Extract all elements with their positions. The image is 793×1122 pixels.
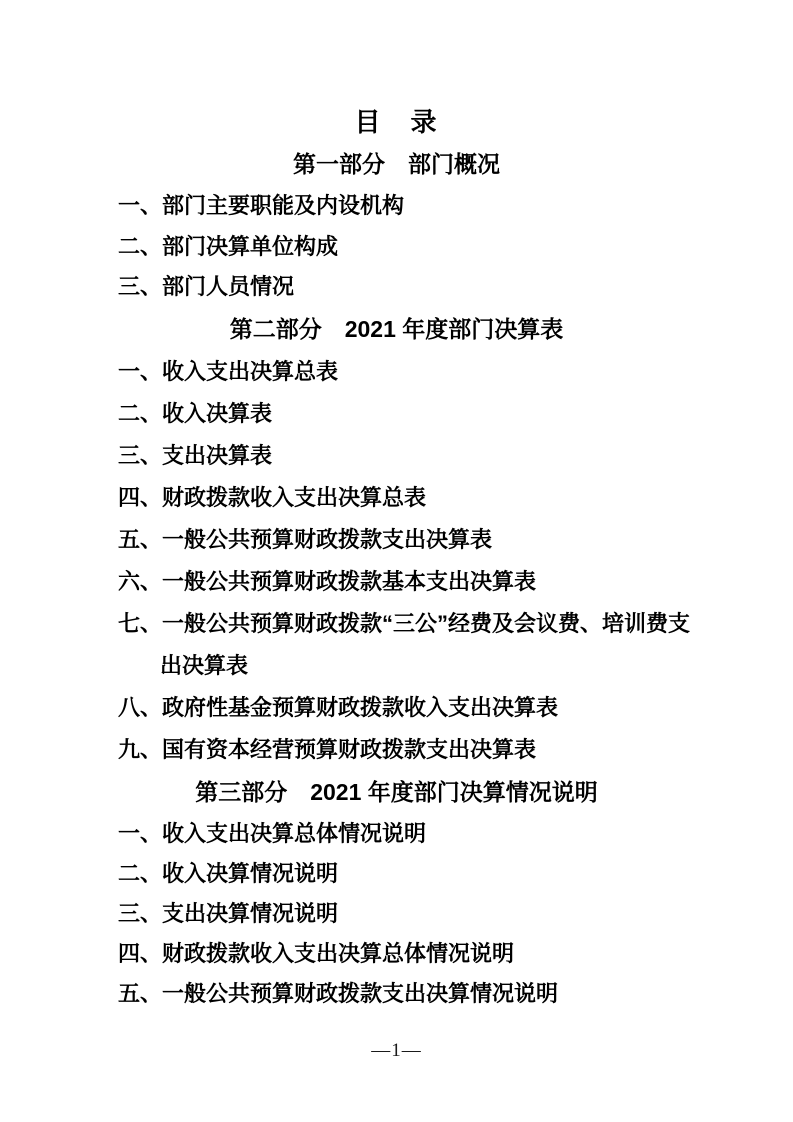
toc-item: 六、一般公共预算财政拨款基本支出决算表 — [0, 561, 793, 603]
toc-item: 一、收入支出决算总表 — [0, 351, 793, 393]
toc-item: 四、财政拨款收入支出决算总体情况说明 — [0, 934, 793, 974]
toc-item: 一、部门主要职能及内设机构 — [0, 186, 793, 227]
toc-item-continuation: 出决算表 — [0, 645, 793, 687]
document-page: 目 录 第一部分 部门概况 一、部门主要职能及内设机构 二、部门决算单位构成 三… — [0, 0, 793, 1122]
toc-item: 二、收入决算表 — [0, 393, 793, 435]
toc-item: 五、一般公共预算财政拨款支出决算表 — [0, 519, 793, 561]
toc-item: 三、支出决算表 — [0, 435, 793, 477]
toc-item: 三、支出决算情况说明 — [0, 894, 793, 934]
toc-item: 三、部门人员情况 — [0, 267, 793, 308]
toc-item: 一、收入支出决算总体情况说明 — [0, 814, 793, 854]
toc-title: 目 录 — [0, 101, 793, 143]
toc-item: 二、部门决算单位构成 — [0, 227, 793, 268]
toc-item: 七、一般公共预算财政拨款“三公”经费及会议费、培训费支 — [0, 603, 793, 645]
toc-item: 八、政府性基金预算财政拨款收入支出决算表 — [0, 687, 793, 729]
toc-item: 二、收入决算情况说明 — [0, 854, 793, 894]
page-number: —1— — [0, 1040, 793, 1062]
part2-heading: 第二部分 2021 年度部门决算表 — [0, 308, 793, 351]
toc-item: 四、财政拨款收入支出决算总表 — [0, 477, 793, 519]
part3-heading: 第三部分 2021 年度部门决算情况说明 — [0, 771, 793, 814]
toc-item: 九、国有资本经营预算财政拨款支出决算表 — [0, 729, 793, 771]
part1-heading: 第一部分 部门概况 — [0, 143, 793, 186]
toc-content: 目 录 第一部分 部门概况 一、部门主要职能及内设机构 二、部门决算单位构成 三… — [0, 0, 793, 1014]
toc-item: 五、一般公共预算财政拨款支出决算情况说明 — [0, 974, 793, 1014]
